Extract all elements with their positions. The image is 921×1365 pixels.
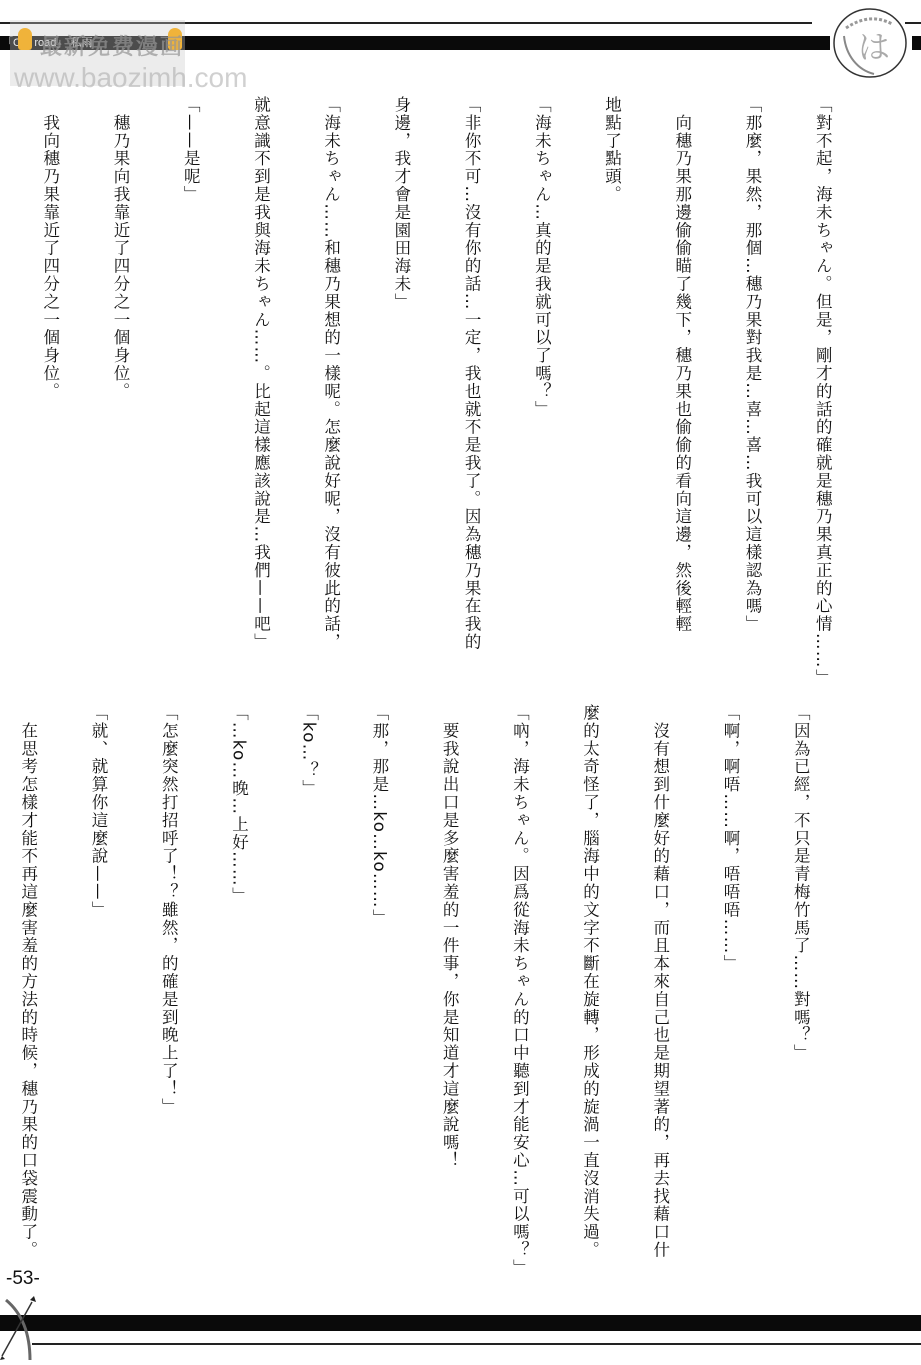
text-column: 在思考怎樣才能不再這麼害羞的方法的時候，穗乃果的口袋震動了。 [16, 704, 39, 1289]
text-column: 「那，那是…ko…ko……」 [367, 704, 390, 1289]
text-column: 「怎麼突然打招呼了！？雖然，的確是到晚上了！」 [157, 704, 180, 1289]
pointing-hand-icon [18, 28, 32, 50]
text-column: 「非你不可…沒有你的話…一定，我也就不是我了。因為穗乃果在我的 [460, 96, 483, 686]
text-column: 「ko…？」 [297, 704, 320, 1289]
text-column: 「那麼，果然，那個…穗乃果對我是…喜…喜…我可以這樣認為嗎」 [741, 96, 764, 686]
emblem-icon: は [830, 6, 910, 80]
footer-bar [0, 1315, 921, 1331]
text-column: 「因為已經，不只是青梅竹馬了……對嗎？」 [789, 704, 812, 1289]
watermark-text: 最新免费漫画 [40, 30, 184, 61]
watermark-url: www.baozimh.com [14, 62, 247, 94]
svg-text:は: は [858, 28, 890, 66]
text-column: 我向穗乃果靠近了四分之一個身位。 [38, 96, 61, 686]
text-column: 向穗乃果那邊偷偷瞄了幾下，穗乃果也偷偷的看向這邊，然後輕輕 [670, 96, 693, 686]
top-text-block: 「對不起，海未ちゃん。但是，剛才的話的確就是穗乃果真正的心情……」 「那麼，果然… [0, 96, 881, 686]
text-column: 「——是呢」 [179, 96, 202, 686]
text-column: 要我說出口是多麼害羞的一件事，你是知道才這麼說嗎！ [438, 704, 461, 1289]
bottom-text-block: 「因為已經，不只是青梅竹馬了……對嗎？」 「啊，啊唔……啊，唔唔唔……」 沒有想… [0, 704, 859, 1289]
text-column: 「啊，啊唔……啊，唔唔唔……」 [719, 704, 742, 1289]
text-column: 穗乃果向我靠近了四分之一個身位。 [109, 96, 132, 686]
text-column: 「海未ちゃん……和穗乃果想的一樣呢。怎麼說好呢，沒有彼此的話， [319, 96, 342, 686]
text-column: 身邊，我才會是園田海未」 [389, 96, 412, 686]
text-column: 「海未ちゃん…真的是我就可以了嗎？」 [530, 96, 553, 686]
text-column: 「對不起，海未ちゃん。但是，剛才的話的確就是穗乃果真正的心情……」 [811, 96, 834, 686]
bow-and-arrow-icon [0, 1290, 40, 1362]
text-column: 「吶，海未ちゃん。因爲從海未ちゃん的口中聽到才能安心…可以嗎？」 [508, 704, 531, 1289]
text-column: 地點了點頭。 [600, 96, 623, 686]
footer-rule [32, 1343, 921, 1345]
page-number: -53- [6, 1268, 40, 1290]
text-column: 沒有想到什麼好的藉口，而且本來自己也是期望著的，再去找藉口什 [648, 704, 671, 1289]
text-column: 「就、就算你這麼說——」 [87, 704, 110, 1289]
text-column: 麼的太奇怪了，腦海中的文字不斷在旋轉，形成的旋渦一直沒消失過。 [578, 704, 601, 1289]
text-column: 「…ko…晚…上好……」 [227, 704, 250, 1289]
header-bar-right [912, 36, 921, 50]
text-column: 就意識不到是我與海未ちゃん……。比起這樣應該說是…我們——吧」 [249, 96, 272, 686]
